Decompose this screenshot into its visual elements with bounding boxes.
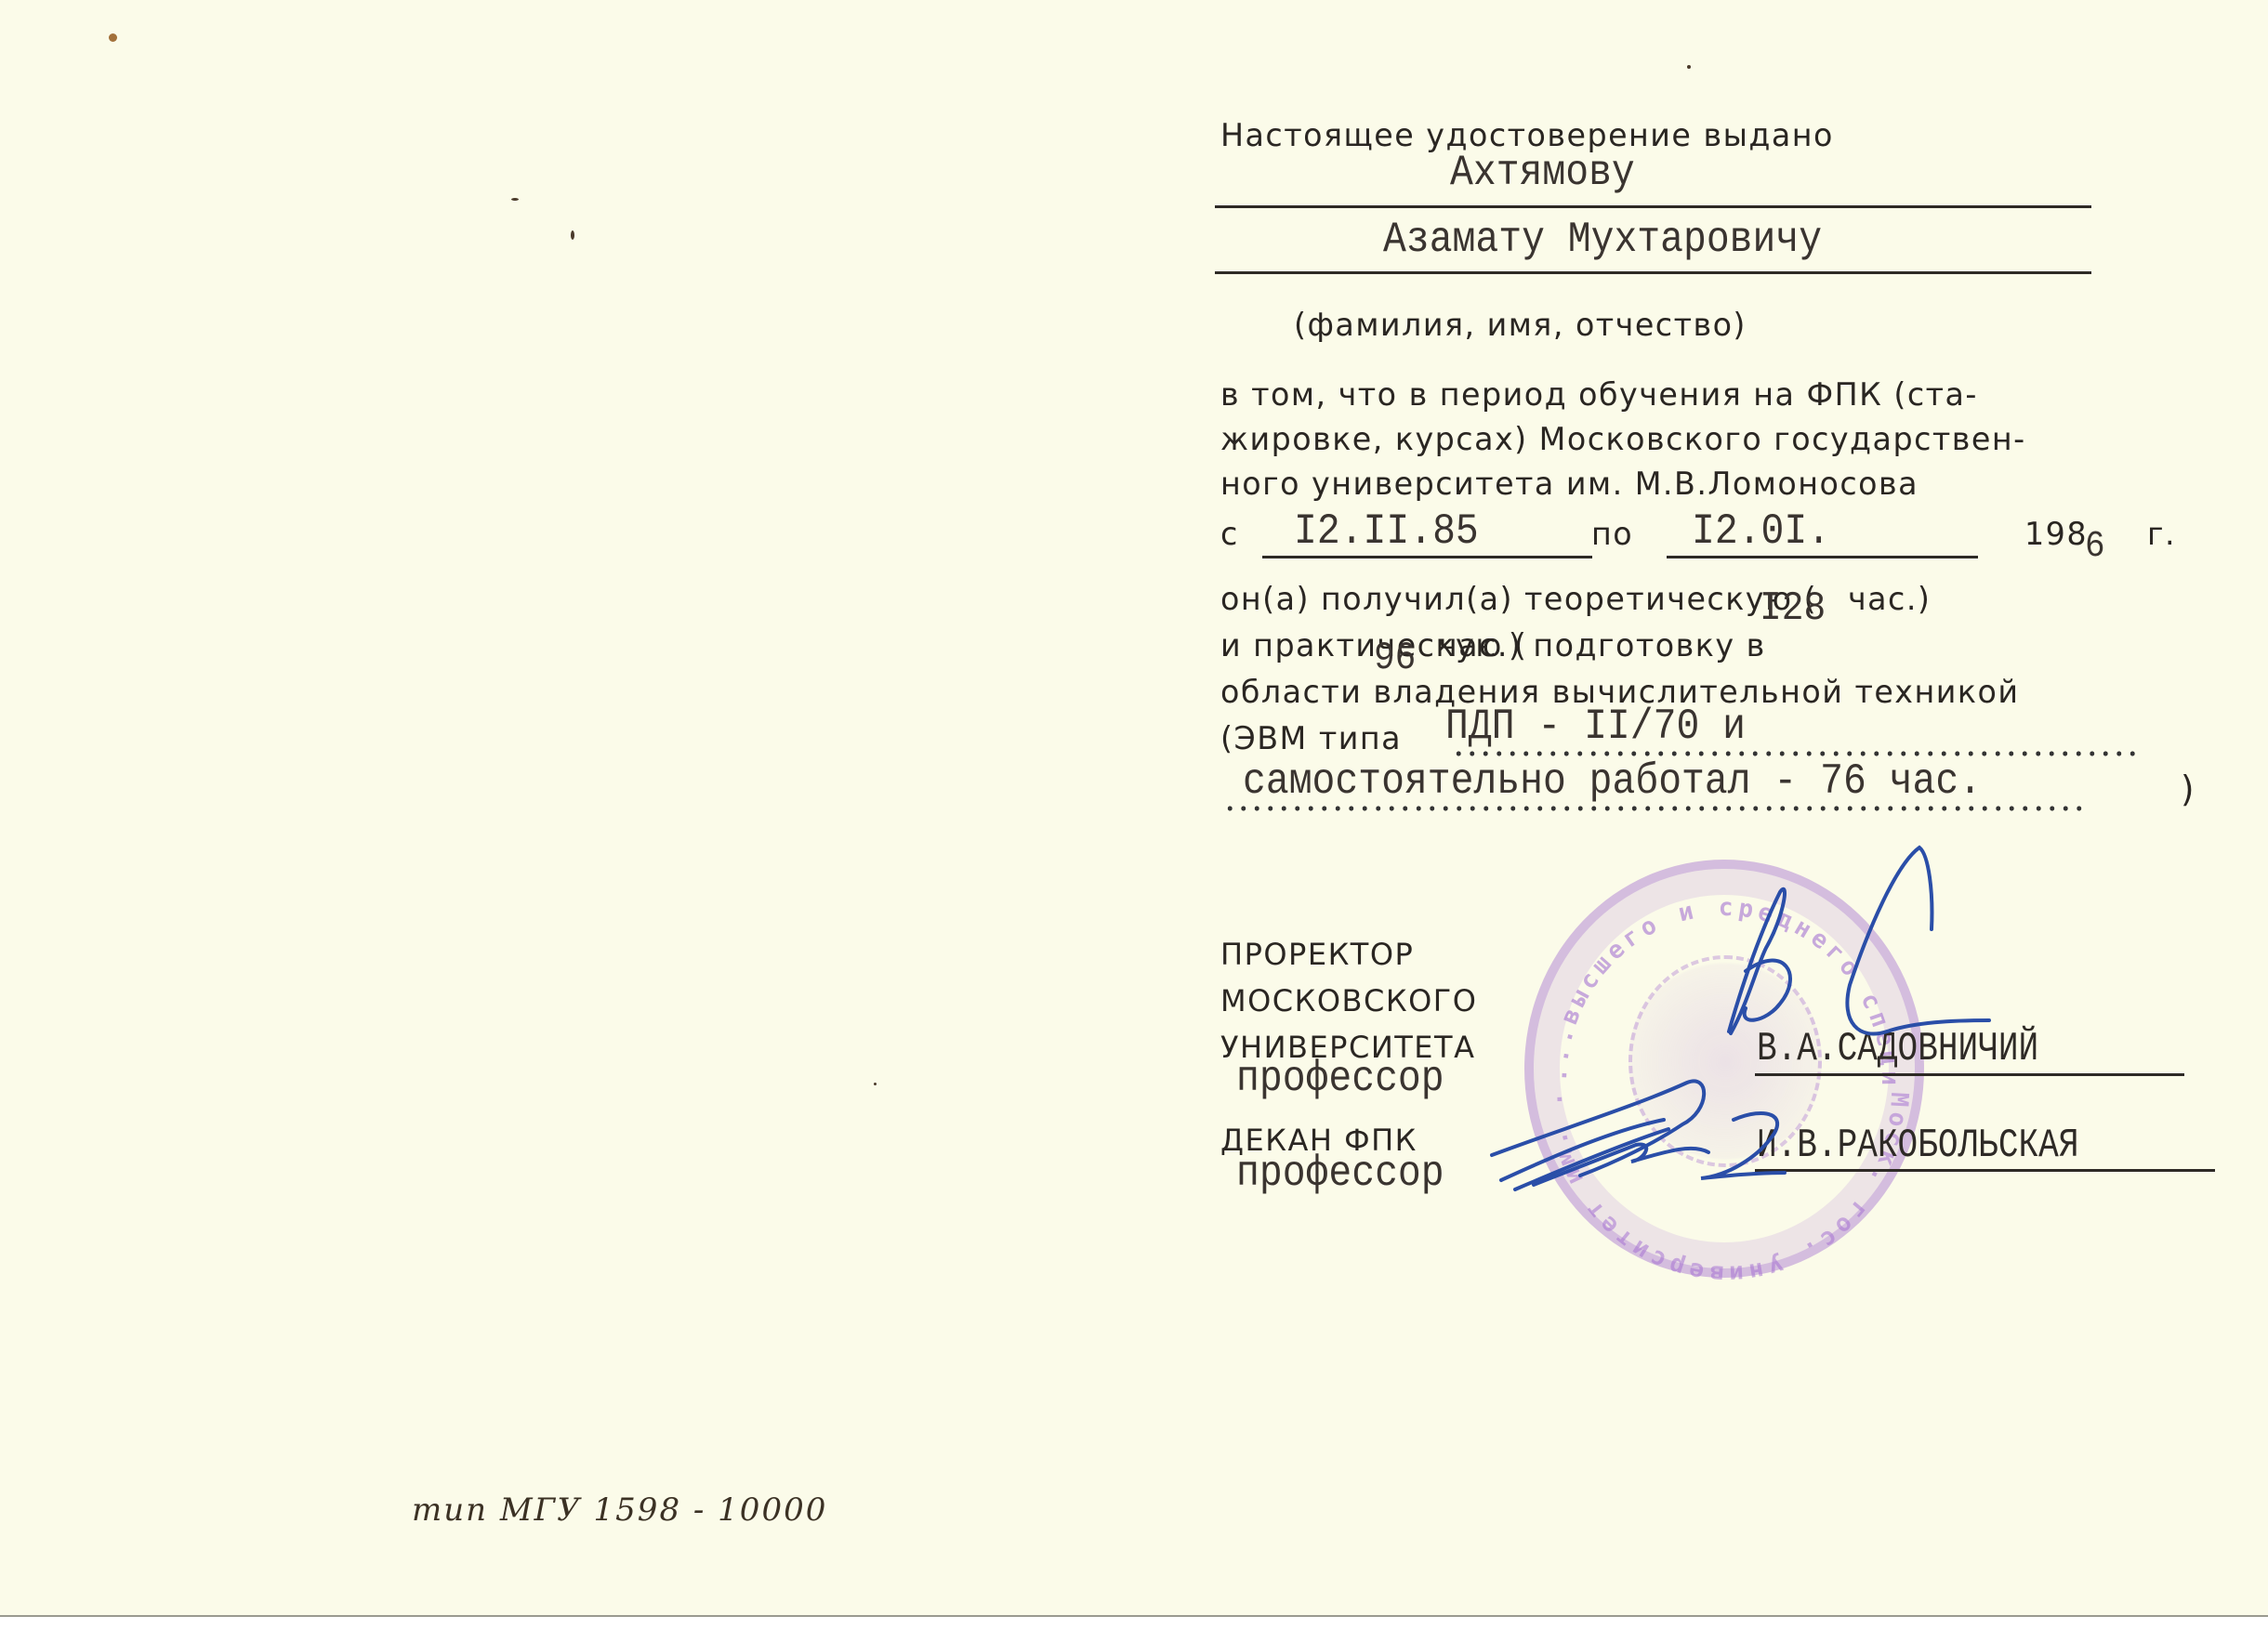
dean-signature	[0, 0, 2268, 1615]
paper-speck	[874, 1083, 877, 1085]
paper-speck	[511, 198, 519, 201]
paper-speck	[1687, 65, 1691, 69]
paper-speck	[571, 230, 574, 240]
paper-stain	[109, 33, 117, 42]
print-run-note: тип МГУ 1598 - 10000	[412, 1491, 827, 1529]
certificate-paper: Настоящее удостоверение выдано Ахтямову …	[0, 0, 2268, 1617]
